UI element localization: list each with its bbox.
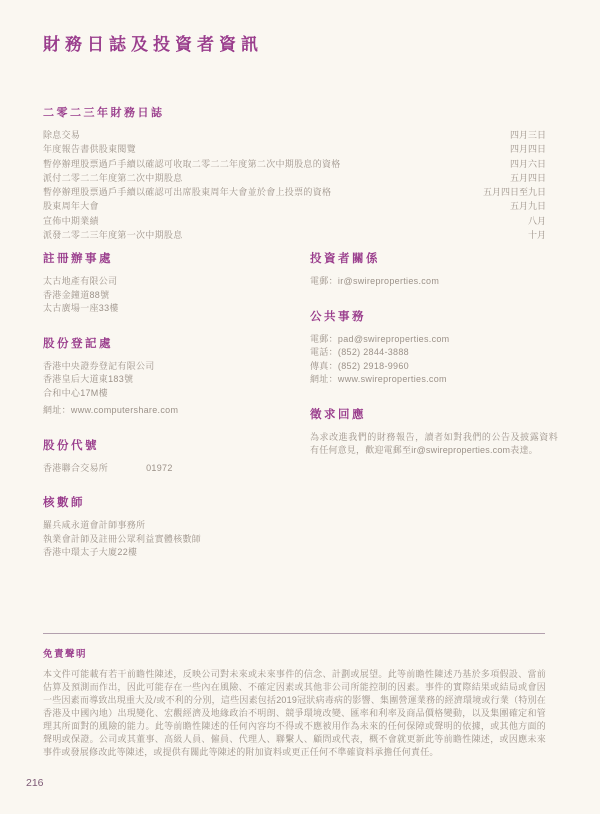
disclaimer-text: 本文件可能載有若干前瞻性陳述，反映公司對未來或未來事件的信念、計劃或展望。此等前…	[43, 668, 546, 759]
calendar-row: 除息交易 四月三日	[43, 128, 546, 142]
public-affairs-website-line: 網址：www.swireproperties.com	[310, 373, 558, 387]
public-affairs-email-link[interactable]: pad@swireproperties.com	[338, 334, 450, 344]
public-affairs-phone-value: (852) 2844-3888	[338, 347, 409, 357]
stock-code-section: 股份代號 香港聯合交易所01972	[43, 437, 298, 476]
calendar-event: 暫停辦理股票過戶手續以確認可出席股東周年大會並於會上投票的資格	[43, 185, 331, 199]
calendar-date: 五月四日至九日	[463, 185, 546, 199]
calendar-event: 年度報告書供股東閱覽	[43, 142, 136, 156]
registered-office-line: 太古廣場一座33樓	[43, 302, 298, 316]
page-number: 216	[26, 777, 44, 789]
registered-office-line: 香港金鐘道88號	[43, 289, 298, 303]
calendar-date: 四月六日	[490, 157, 546, 171]
auditors-line: 香港中環太子大廈22樓	[43, 546, 298, 560]
disclaimer-heading: 免責聲明	[43, 646, 546, 660]
calendar-row: 暫停辦理股票過戶手續以確認可出席股東周年大會並於會上投票的資格 五月四日至九日	[43, 185, 546, 199]
stock-exchange-name: 香港聯合交易所	[43, 462, 108, 476]
auditors-line: 羅兵咸永道會計師事務所	[43, 519, 298, 533]
calendar-row: 宣佈中期業績 八月	[43, 214, 546, 228]
stock-code-value: 01972	[146, 462, 173, 476]
auditors-line: 執業會計師及註冊公眾利益實體核數師	[43, 533, 298, 547]
calendar-date: 十月	[508, 228, 546, 242]
calendar-event: 股東周年大會	[43, 199, 99, 213]
calendar-event: 宣佈中期業績	[43, 214, 99, 228]
investor-relations-email-link[interactable]: ir@swireproperties.com	[338, 276, 439, 286]
fax-label: 傳真：	[310, 361, 338, 371]
phone-label: 電話：	[310, 347, 338, 357]
website-label: 網址：	[43, 405, 71, 415]
auditors-heading: 核數師	[43, 494, 298, 510]
calendar-event: 派付二零二二年度第二次中期股息	[43, 171, 183, 185]
auditors-section: 核數師 羅兵咸永道會計師事務所 執業會計師及註冊公眾利益實體核數師 香港中環太子…	[43, 494, 298, 560]
email-label: 電郵：	[310, 334, 338, 344]
disclaimer-section: 免責聲明 本文件可能載有若干前瞻性陳述，反映公司對未來或未來事件的信念、計劃或展…	[43, 646, 546, 759]
right-column: 投資者關係 電郵：ir@swireproperties.com 公共事務 電郵：…	[310, 250, 558, 477]
investor-relations-email-line: 電郵：ir@swireproperties.com	[310, 275, 558, 289]
share-registrars-website-line: 網址：www.computershare.com	[43, 404, 298, 418]
left-column: 註冊辦事處 太古地產有限公司 香港金鐘道88號 太古廣場一座33樓 股份登記處 …	[43, 250, 298, 579]
public-affairs-heading: 公共事務	[310, 308, 558, 324]
share-registrars-line: 合和中心17M樓	[43, 387, 298, 401]
calendar-date: 五月九日	[490, 199, 546, 213]
annual-report-page: 財務日誌及投資者資訊 二零二三年財務日誌 除息交易 四月三日 年度報告書供股東閱…	[0, 0, 600, 814]
calendar-date: 五月四日	[490, 171, 546, 185]
calendar-row: 派發二零二三年度第一次中期股息 十月	[43, 228, 546, 242]
investor-relations-heading: 投資者關係	[310, 250, 558, 266]
website-label: 網址：	[310, 374, 338, 384]
page-title: 財務日誌及投資者資訊	[43, 30, 263, 55]
registered-office-line: 太古地產有限公司	[43, 275, 298, 289]
share-registrars-website-link[interactable]: www.computershare.com	[71, 405, 178, 415]
calendar-date: 八月	[508, 214, 546, 228]
share-registrars-heading: 股份登記處	[43, 335, 298, 351]
calendar-event: 派發二零二三年度第一次中期股息	[43, 228, 183, 242]
registered-office-section: 註冊辦事處 太古地產有限公司 香港金鐘道88號 太古廣場一座33樓	[43, 250, 298, 316]
horizontal-divider	[43, 633, 545, 634]
public-affairs-email-line: 電郵：pad@swireproperties.com	[310, 333, 558, 347]
calendar-date: 四月三日	[490, 128, 546, 142]
stock-code-heading: 股份代號	[43, 437, 298, 453]
email-label: 電郵：	[310, 276, 338, 286]
feedback-section: 徵求回應 為求改進我們的財務報告，讀者如對我們的公告及披露資料有任何意見，歡迎電…	[310, 406, 558, 458]
calendar-date: 四月四日	[490, 142, 546, 156]
calendar-row: 暫停辦理股票過戶手續以確認可收取二零二二年度第二次中期股息的資格 四月六日	[43, 157, 546, 171]
share-registrars-line: 香港中央證券登記有限公司	[43, 360, 298, 374]
public-affairs-fax-value: (852) 2918-9960	[338, 361, 409, 371]
share-registrars-line: 香港皇后大道東183號	[43, 373, 298, 387]
calendar-row: 派付二零二二年度第二次中期股息 五月四日	[43, 171, 546, 185]
calendar-event: 除息交易	[43, 128, 80, 142]
public-affairs-fax-line: 傳真：(852) 2918-9960	[310, 360, 558, 374]
public-affairs-website-link[interactable]: www.swireproperties.com	[338, 374, 447, 384]
calendar-row: 年度報告書供股東閱覽 四月四日	[43, 142, 546, 156]
share-registrars-section: 股份登記處 香港中央證券登記有限公司 香港皇后大道東183號 合和中心17M樓 …	[43, 335, 298, 418]
feedback-text: 為求改進我們的財務報告，讀者如對我們的公告及披露資料有任何意見，歡迎電郵至ir@…	[310, 431, 558, 458]
investor-relations-section: 投資者關係 電郵：ir@swireproperties.com	[310, 250, 558, 289]
financial-calendar-heading: 二零二三年財務日誌	[43, 104, 546, 120]
calendar-row: 股東周年大會 五月九日	[43, 199, 546, 213]
public-affairs-section: 公共事務 電郵：pad@swireproperties.com 電話：(852)…	[310, 308, 558, 387]
financial-calendar-section: 二零二三年財務日誌 除息交易 四月三日 年度報告書供股東閱覽 四月四日 暫停辦理…	[43, 104, 546, 242]
registered-office-heading: 註冊辦事處	[43, 250, 298, 266]
feedback-heading: 徵求回應	[310, 406, 558, 422]
public-affairs-phone-line: 電話：(852) 2844-3888	[310, 346, 558, 360]
calendar-event: 暫停辦理股票過戶手續以確認可收取二零二二年度第二次中期股息的資格	[43, 157, 341, 171]
stock-code-line: 香港聯合交易所01972	[43, 462, 298, 476]
